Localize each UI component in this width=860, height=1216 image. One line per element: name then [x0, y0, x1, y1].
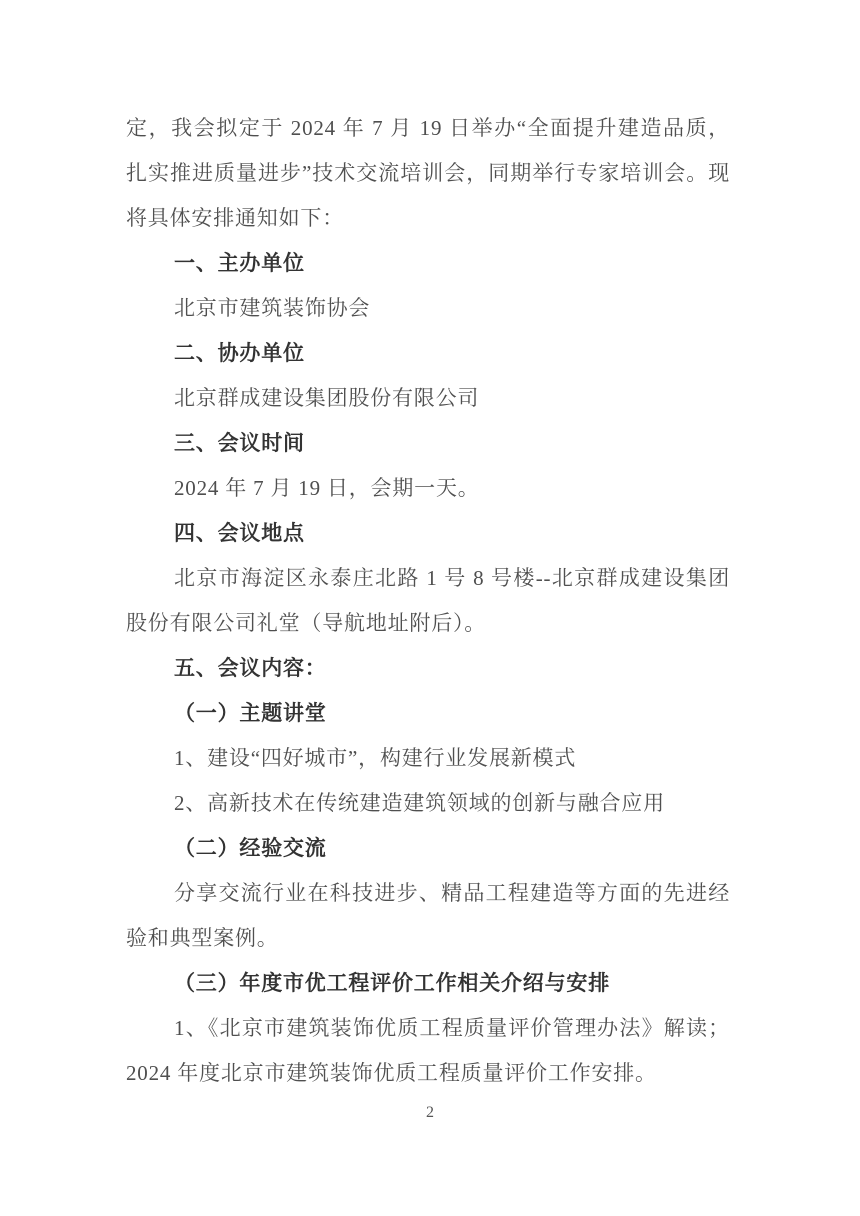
text-award-evaluation-item: 1、《北京市建筑装饰优质工程质量评价管理办法》解读；2024 年度北京市建筑装饰… [126, 1006, 730, 1096]
page-number: 2 [0, 1101, 860, 1125]
heading-organizer: 一、主办单位 [126, 241, 730, 286]
heading-co-organizer: 二、协办单位 [126, 331, 730, 376]
heading-session-1-topic-lecture: （一）主题讲堂 [126, 691, 730, 736]
heading-meeting-content: 五、会议内容： [126, 646, 730, 691]
text-co-organizer-name: 北京群成建设集团股份有限公司 [126, 376, 730, 421]
heading-meeting-time: 三、会议时间 [126, 421, 730, 466]
text-meeting-time: 2024 年 7 月 19 日，会期一天。 [126, 466, 730, 511]
item-lecture-1: 1、建设“四好城市”，构建行业发展新模式 [126, 736, 730, 781]
heading-meeting-location: 四、会议地点 [126, 511, 730, 556]
document-body: 定，我会拟定于 2024 年 7 月 19 日举办“全面提升建造品质，扎实推进质… [126, 0, 730, 1096]
paragraph-intro: 定，我会拟定于 2024 年 7 月 19 日举办“全面提升建造品质，扎实推进质… [126, 106, 730, 241]
document-page: 定，我会拟定于 2024 年 7 月 19 日举办“全面提升建造品质，扎实推进质… [0, 0, 860, 1216]
item-lecture-2: 2、高新技术在传统建造建筑领域的创新与融合应用 [126, 781, 730, 826]
heading-session-3-award-evaluation: （三）年度市优工程评价工作相关介绍与安排 [126, 961, 730, 1006]
text-meeting-location: 北京市海淀区永泰庄北路 1 号 8 号楼--北京群成建设集团股份有限公司礼堂（导… [126, 556, 730, 646]
text-organizer-name: 北京市建筑装饰协会 [126, 286, 730, 331]
text-experience-exchange-desc: 分享交流行业在科技进步、精品工程建造等方面的先进经验和典型案例。 [126, 871, 730, 961]
heading-session-2-experience-exchange: （二）经验交流 [126, 826, 730, 871]
